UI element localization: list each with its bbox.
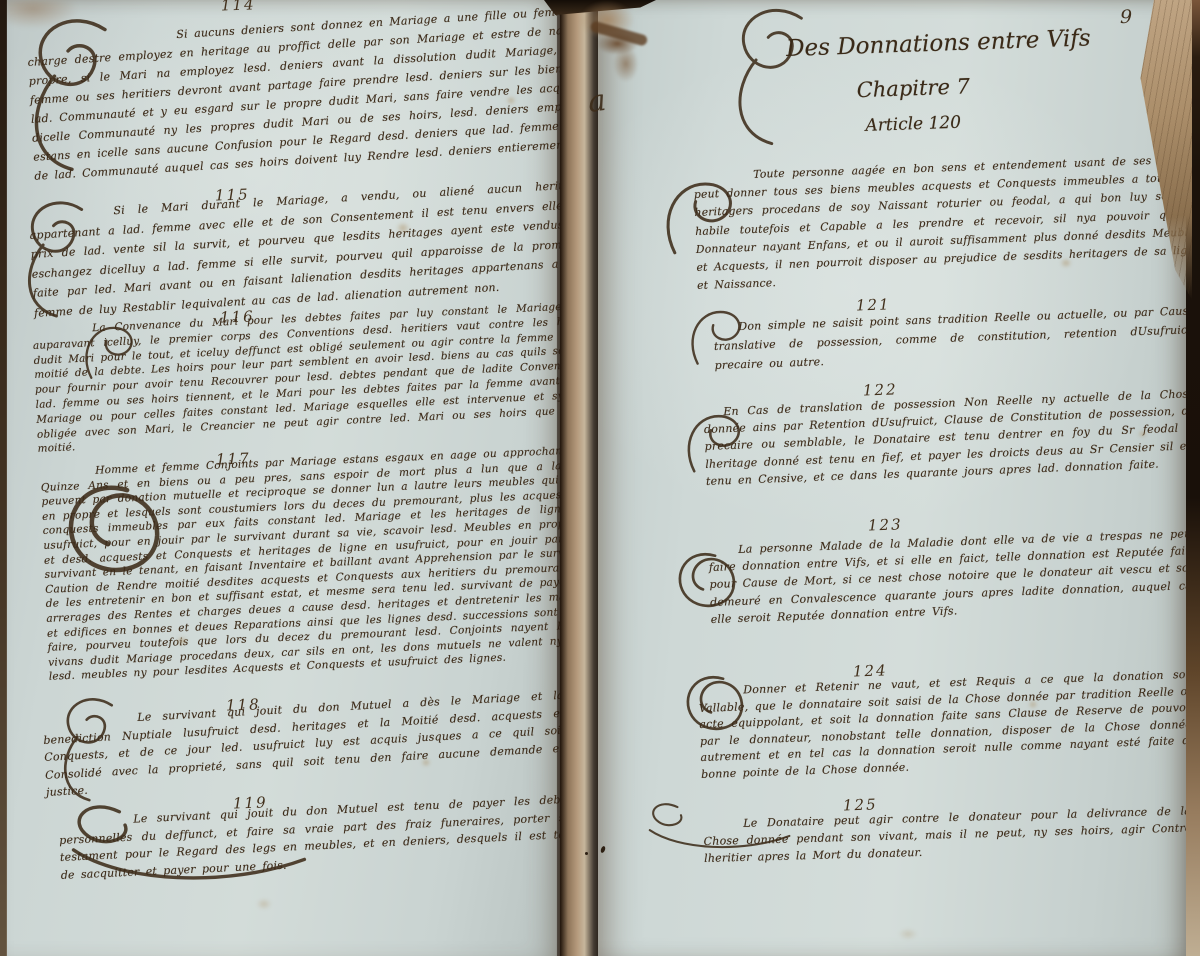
book-edge-left bbox=[0, 0, 7, 956]
binding-gutter bbox=[556, 0, 602, 956]
article-text: Si aucuns deniers sont donnez en Mariage… bbox=[26, 1, 560, 186]
article-text: En Cas de translation de possession Non … bbox=[703, 385, 1186, 490]
article-text: La personne Malade de la Maladie dont el… bbox=[708, 525, 1186, 628]
article-text: La Convenance du Mari pour les debtes fa… bbox=[32, 299, 560, 457]
article-text: Homme et femme Conjoints par Mariage est… bbox=[40, 443, 560, 685]
left-page: 114 Si aucuns deniers sont donnez en Mar… bbox=[6, 0, 560, 956]
ink-stain-top-center bbox=[576, 0, 662, 84]
article-number: 123 bbox=[825, 514, 946, 536]
ink-speck bbox=[585, 852, 588, 855]
article-text: Si le Mari durant le Mariage, a vendu, o… bbox=[28, 175, 560, 323]
right-page: 9 Des Donnations entre Vifs Chapitre 7 A… bbox=[598, 0, 1186, 956]
article-number: 114 bbox=[178, 0, 299, 16]
article-120-text: Toute personne aagée en bon sens et ente… bbox=[693, 150, 1186, 295]
article-text: Donner et Retenir ne vaut, et est Requis… bbox=[698, 667, 1186, 783]
manuscript-photo: 114 Si aucuns deniers sont donnez en Mar… bbox=[0, 0, 1200, 956]
article-text: Don simple ne saisit point sans traditio… bbox=[713, 301, 1186, 375]
